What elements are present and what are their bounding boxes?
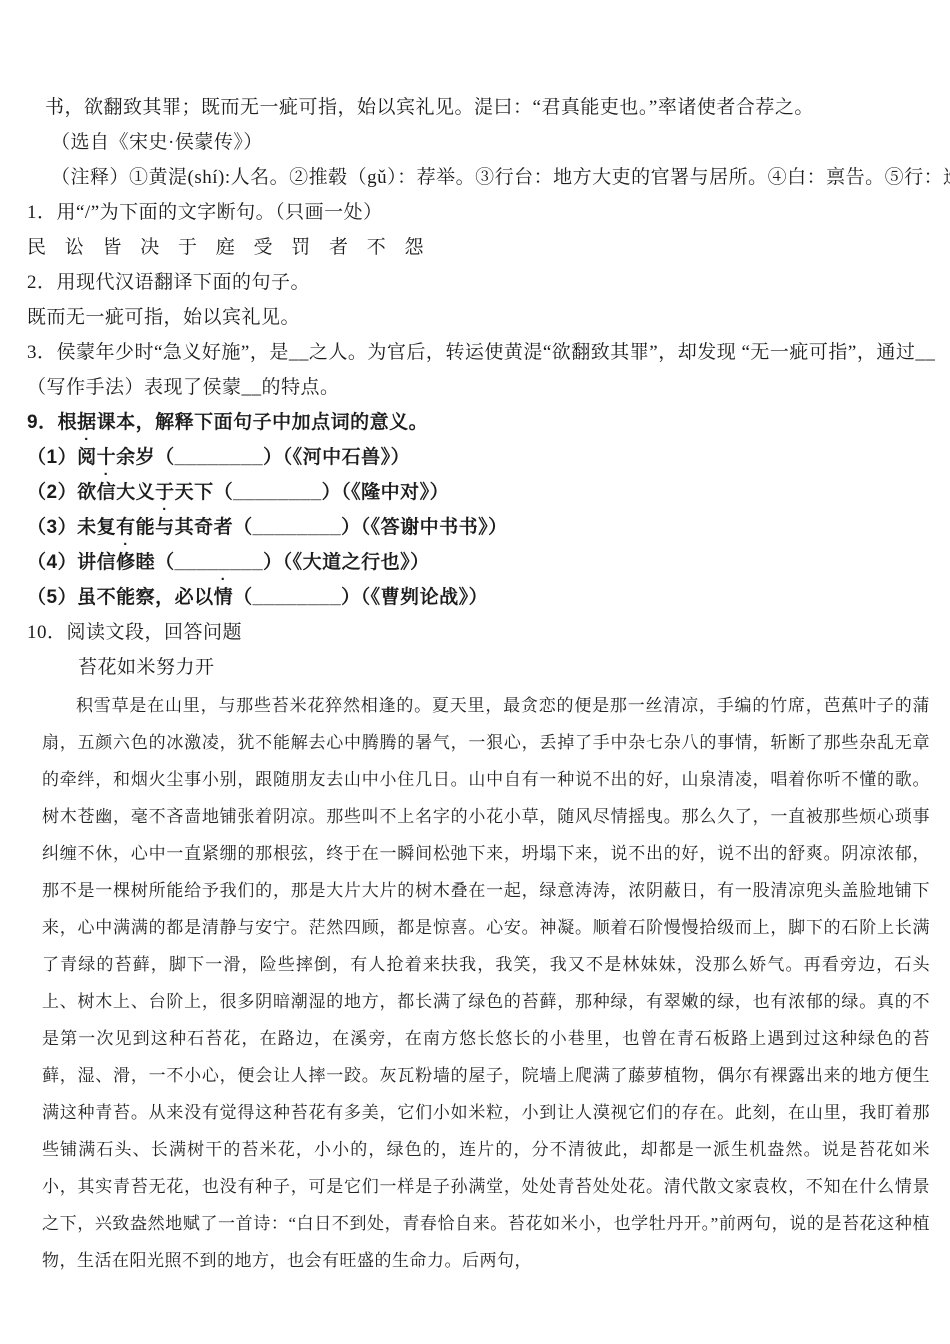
item-text-before: 讲信 xyxy=(77,552,116,573)
item-text-before: 虽不能察，必以 xyxy=(77,587,214,608)
question-2-stem: 2．用现代汉语翻译下面的句子。 xyxy=(27,265,930,300)
item-number: （5） xyxy=(27,587,77,608)
question-9-item-3: （3）未复有能与其奇者（________）（《答谢中书书》） xyxy=(27,510,930,545)
passage-continuation-line: 书，欲翻致其罪；既而无一疵可指，始以宾礼见。湜曰：“君真能吏也。”率诸使者合荐之… xyxy=(45,90,930,125)
item-number: （1） xyxy=(27,447,77,468)
question-1-stem: 1．用“/”为下面的文字断句。（只画一处） xyxy=(27,195,930,230)
item-text-before: 欲 xyxy=(77,482,97,503)
question-1-sentence: 民 讼 皆 决 于 庭 受 罚 者 不 怨 xyxy=(27,230,930,265)
question-9-item-1: （1）阅十余岁（________）（《河中石兽》） xyxy=(27,440,930,475)
question-9-item-4: （4）讲信修睦（________）（《大道之行也》） xyxy=(27,545,930,580)
item-number: （4） xyxy=(27,552,77,573)
passage-source-line: （选自《宋史·侯蒙传》） xyxy=(51,125,930,160)
exam-document-page: 书，欲翻致其罪；既而无一疵可指，始以宾礼见。湜曰：“君真能吏也。”率诸使者合荐之… xyxy=(0,0,950,1344)
dotted-word: 信 xyxy=(97,482,117,503)
item-text-after: （________）（《曹刿论战》） xyxy=(233,587,488,608)
dotted-word: 修 xyxy=(116,552,136,573)
passage-notes-line: （注释）①黄湜(shí):人名。②推毂（gǔ）：荐举。③行台：地方大吏的官署与居… xyxy=(51,160,930,195)
item-text-after: 睦（________）（《大道之行也》） xyxy=(136,552,430,573)
item-text-after: 其奇者（________）（《答谢中书书》） xyxy=(175,517,508,538)
dotted-word: 阅 xyxy=(77,447,97,468)
question-3-line-1: 3．侯蒙年少时“急义好施”，是__之人。为官后，转运使黄湜“欲翻致其罪”，却发现… xyxy=(27,335,930,370)
question-9-item-5: （5）虽不能察，必以情（________）（《曹刿论战》） xyxy=(27,580,930,615)
item-text-after: 十余岁（________）（《河中石兽》） xyxy=(97,447,411,468)
dotted-word: 情 xyxy=(214,587,234,608)
question-9-stem: 9．根据课本，解释下面句子中加点词的意义。 xyxy=(27,405,930,440)
question-2-sentence: 既而无一疵可指，始以宾礼见。 xyxy=(27,300,930,335)
essay-body: 积雪草是在山里，与那些苔米花猝然相逢的。夏天里，最贪恋的便是那一丝清凉，手编的竹… xyxy=(42,687,930,1279)
question-3-line-2: （写作手法）表现了侯蒙__的特点。 xyxy=(27,370,930,405)
question-10-stem: 10．阅读文段，回答问题 xyxy=(27,615,930,650)
item-number: （3） xyxy=(27,517,77,538)
item-number: （2） xyxy=(27,482,77,503)
essay-title: 苔花如米努力开 xyxy=(78,650,930,685)
item-text-before: 未复有能 xyxy=(77,517,155,538)
item-text-after: 大义于天下（________）（《隆中对》） xyxy=(116,482,449,503)
dotted-word: 与 xyxy=(155,517,175,538)
